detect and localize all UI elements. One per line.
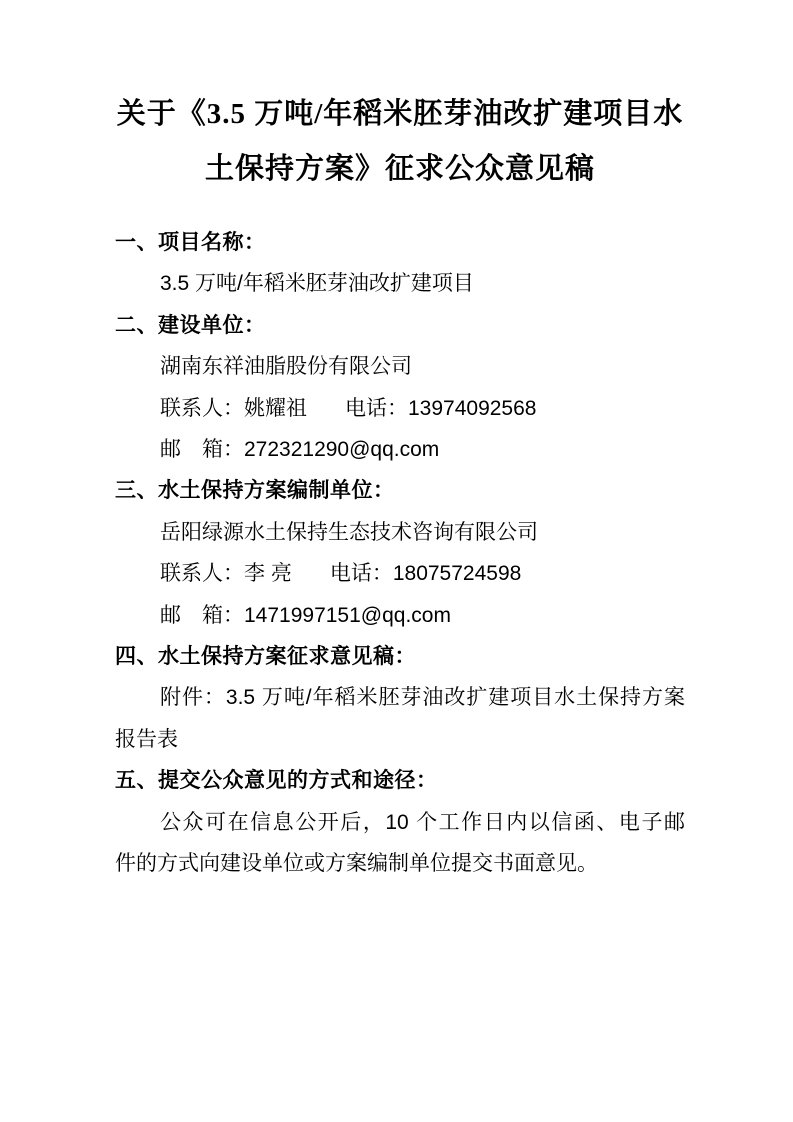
section-2-heading: 二、建设单位： [115,305,685,346]
section-2-contact-person: 联系人：姚耀祖 [160,388,307,429]
document-canvas: { "doc": { "background": "#ffffff", "tex… [0,0,793,1122]
section-2-company-name: 湖南东祥油脂股份有限公司 [115,346,685,387]
section-5-heading: 五、提交公众意见的方式和途径： [115,760,685,801]
section-4-heading: 四、水土保持方案征求意见稿： [115,636,685,677]
document-title-line-2: 土保持方案》征求公众意见稿 [115,142,685,197]
section-2-email-address: 邮 箱：272321290@qq.com [115,429,685,470]
document-page: 关于《3.5 万吨/年稻米胚芽油改扩建项目水 土保持方案》征求公众意见稿 一、项… [0,0,793,1122]
section-2-contact-row: 联系人：姚耀祖 电话：13974092568 [115,388,685,429]
section-3-contact-row: 联系人：李 亮 电话：18075724598 [115,553,685,594]
section-4-attachment-line-1: 附件：3.5 万吨/年稻米胚芽油改扩建项目水土保持方案 [115,677,685,718]
section-2-phone-number: 电话：13974092568 [345,388,536,429]
section-1-project-name: 3.5 万吨/年稻米胚芽油改扩建项目 [115,263,685,304]
section-1-heading: 一、项目名称： [115,222,685,263]
section-5-instructions-line-1: 公众可在信息公开后，10 个工作日内以信函、电子邮 [115,802,685,843]
section-3-phone-number: 电话：18075724598 [330,553,521,594]
section-3-company-name: 岳阳绿源水土保持生态技术咨询有限公司 [115,512,685,553]
section-3-email-address: 邮 箱：1471997151@qq.com [115,595,685,636]
section-3-contact-person: 联系人：李 亮 [160,553,292,594]
section-4-attachment-line-2: 报告表 [115,719,685,760]
section-5-instructions-line-2: 件的方式向建设单位或方案编制单位提交书面意见。 [115,843,685,884]
document-body: 一、项目名称： 3.5 万吨/年稻米胚芽油改扩建项目 二、建设单位： 湖南东祥油… [115,222,685,885]
document-title: 关于《3.5 万吨/年稻米胚芽油改扩建项目水 土保持方案》征求公众意见稿 [115,87,685,197]
document-title-line-1: 关于《3.5 万吨/年稻米胚芽油改扩建项目水 [115,87,685,142]
section-3-heading: 三、水土保持方案编制单位： [115,470,685,511]
